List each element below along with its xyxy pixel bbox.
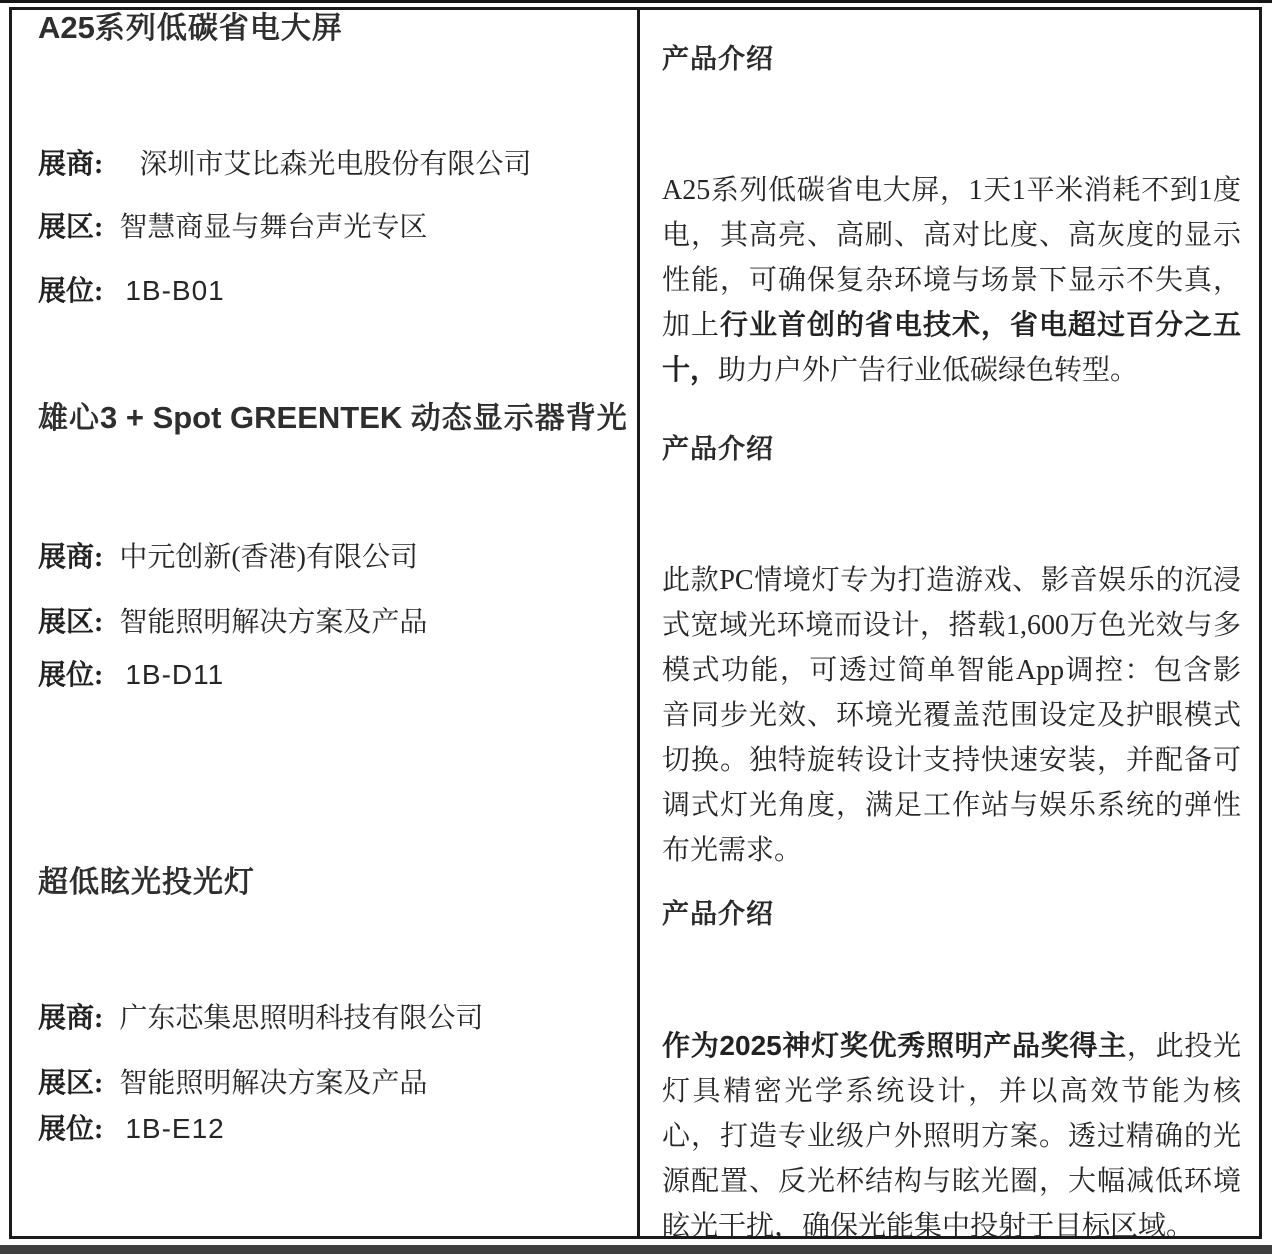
table-row-2-product-cell: 雄心3 + Spot GREENTEK 动态显示器背光 展商: 中元创新(香港)… (12, 400, 640, 865)
exhibitor-value: 中元创新(香港)有限公司 (119, 541, 418, 575)
booth-label: 展位: (38, 1113, 103, 1147)
table-row-1-description-cell: 产品介绍 A25系列低碳省电大屏，1天1平米消耗不到1度电，其高亮、高刷、高对比… (640, 10, 1259, 400)
exhibitor-line: 展商: 广东芯集思照明科技有限公司 (38, 1002, 607, 1036)
product-intro-heading: 产品介绍 (662, 432, 1241, 466)
booth-line: 展位: 1B-E12 (38, 1112, 607, 1147)
zone-label: 展区: (38, 606, 103, 640)
exhibitor-line: 展商: 中元创新(香港)有限公司 (38, 541, 607, 575)
product-intro-heading: 产品介绍 (662, 42, 1241, 76)
cropped-border-top (0, 0, 1272, 3)
exhibitor-label: 展商: (38, 1002, 103, 1036)
zone-value: 智能照明解决方案及产品 (119, 606, 427, 640)
booth-line: 展位: 1B-B01 (38, 274, 607, 309)
cropped-border-bottom (0, 1245, 1272, 1254)
zone-line: 展区: 智能照明解决方案及产品 (38, 1067, 607, 1101)
product-title: 雄心3 + Spot GREENTEK 动态显示器背光 (38, 400, 607, 437)
table-row-2-description-cell: 产品介绍 此款PC情境灯专为打造游戏、影音娱乐的沉浸式宽域光环境而设计，搭载1,… (640, 400, 1259, 865)
booth-label: 展位: (38, 659, 103, 693)
zone-line: 展区: 智慧商显与舞台声光专区 (38, 211, 607, 245)
product-title: 超低眩光投光灯 (38, 865, 607, 901)
table-row-1-product-cell: A25系列低碳省电大屏 展商: 深圳市艾比森光电股份有限公司 展区: 智慧商显与… (12, 10, 640, 400)
zone-line: 展区: 智能照明解决方案及产品 (38, 606, 607, 640)
booth-value: 1B-D11 (125, 658, 224, 692)
exhibitor-info-block: 展商: 中元创新(香港)有限公司 展区: 智能照明解决方案及产品 展位: 1B-… (38, 541, 607, 693)
zone-value: 智慧商显与舞台声光专区 (119, 211, 427, 245)
booth-value: 1B-E12 (125, 1112, 224, 1146)
exhibitor-label: 展商: (38, 148, 103, 182)
product-intro-heading: 产品介绍 (662, 897, 1241, 931)
zone-label: 展区: (38, 1067, 103, 1101)
product-description: 此款PC情境灯专为打造游戏、影音娱乐的沉浸式宽域光环境而设计，搭载1,600万色… (662, 558, 1241, 865)
product-description: A25系列低碳省电大屏，1天1平米消耗不到1度电，其高亮、高刷、高对比度、高灰度… (662, 168, 1241, 393)
zone-label: 展区: (38, 211, 103, 245)
exhibitor-info-block: 展商: 深圳市艾比森光电股份有限公司 展区: 智慧商显与舞台声光专区 展位: 1… (38, 148, 607, 309)
exhibitor-product-table: A25系列低碳省电大屏 展商: 深圳市艾比森光电股份有限公司 展区: 智慧商显与… (9, 7, 1262, 1239)
exhibitor-info-block: 展商: 广东芯集思照明科技有限公司 展区: 智能照明解决方案及产品 展位: 1B… (38, 1002, 607, 1147)
booth-label: 展位: (38, 275, 103, 309)
exhibitor-label: 展商: (38, 541, 103, 575)
exhibitor-line: 展商: 深圳市艾比森光电股份有限公司 (38, 148, 607, 182)
product-title: A25系列低碳省电大屏 (38, 10, 607, 47)
table-row-3-product-cell: 超低眩光投光灯 展商: 广东芯集思照明科技有限公司 展区: 智能照明解决方案及产… (12, 865, 640, 1236)
booth-value: 1B-B01 (125, 274, 224, 308)
table-row-3-description-cell: 产品介绍 作为2025神灯奖优秀照明产品奖得主，此投光灯具精密光学系统设计，并以… (640, 865, 1259, 1236)
product-description: 作为2025神灯奖优秀照明产品奖得主，此投光灯具精密光学系统设计，并以高效节能为… (662, 1023, 1241, 1236)
exhibitor-value: 深圳市艾比森光电股份有限公司 (139, 148, 531, 182)
zone-value: 智能照明解决方案及产品 (119, 1067, 427, 1101)
booth-line: 展位: 1B-D11 (38, 658, 607, 693)
exhibitor-value: 广东芯集思照明科技有限公司 (119, 1002, 483, 1036)
